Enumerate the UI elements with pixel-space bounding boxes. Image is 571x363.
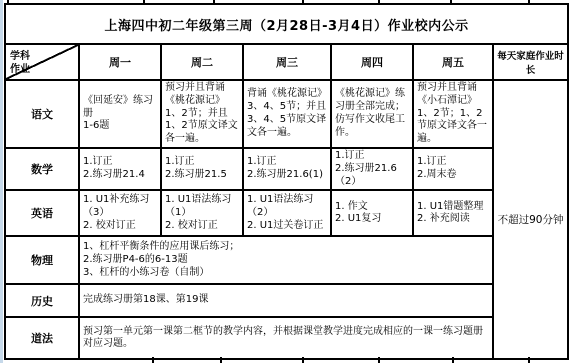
duration-header: 每天家庭作业时长	[493, 44, 568, 80]
day-header-thursday: 周四	[331, 44, 413, 80]
homework-cell: 《回延安》练习册 1-6题	[79, 80, 161, 148]
homework-cell: 1.订正 2.周末卷	[413, 148, 493, 190]
merged-homework-cell: 1、杠杆平衡条件的应用课后练习； 2.练习册P4-6的6-13题 3、杠杆的小练…	[79, 236, 493, 284]
merged-homework-cell: 预习第一单元第一课第二框节的教学内容，并根据课堂教学进度完成相应的一课一练习题册…	[79, 317, 493, 359]
homework-cell: 1. U1语法练习（2） 2. U1过关卷订正	[243, 190, 331, 236]
homework-cell: 背诵《桃花源记》3、4、5节；并且3、4、5节原文译文各一遍。	[243, 80, 331, 148]
page-title: 上海四中初二年级第三周（2月28日-3月4日）作业校内公示	[5, 4, 568, 44]
corner-label-homework: 作业	[10, 64, 30, 75]
left-margin-strip	[0, 0, 3, 363]
subject-cell-history: 历史	[5, 284, 79, 317]
homework-cell: 1.订正 2.练习册21.5	[161, 148, 243, 190]
duration-value: 不超过90分钟	[493, 80, 568, 359]
corner-subject-homework-cell: 学科 作业	[5, 44, 79, 80]
day-header-wednesday: 周三	[243, 44, 331, 80]
homework-cell: 1. U1语法练习 （1） 2. 校对订正	[161, 190, 243, 236]
subject-cell-english: 英语	[5, 190, 79, 236]
homework-cell: 1. U1补充练习 （3） 2. 校对订正	[79, 190, 161, 236]
subject-cell-daofa: 道法	[5, 317, 79, 359]
homework-cell: 1.订正 2.练习册21.6 （2）	[331, 148, 413, 190]
homework-cell: 预习并且背诵《小石潭记》1、2节；1、2节原文译文各一遍。	[413, 80, 493, 148]
homework-cell: 1.订正 2.练习册21.6(1)	[243, 148, 331, 190]
subject-cell-chinese: 语文	[5, 80, 79, 148]
homework-cell: 预习并且背诵《桃花源记》1、2节；并且1、2节原文译文各一遍。	[161, 80, 243, 148]
homework-cell: 1.订正 2.练习册21.4	[79, 148, 161, 190]
corner-label-subject: 学科	[10, 51, 30, 62]
day-header-monday: 周一	[79, 44, 161, 80]
day-header-tuesday: 周二	[161, 44, 243, 80]
homework-table: 上海四中初二年级第三周（2月28日-3月4日）作业校内公示 学科 作业 周一 周…	[4, 3, 569, 360]
subject-cell-math: 数学	[5, 148, 79, 190]
homework-cell: 1. U1错题整理 2. 补充阅读	[413, 190, 493, 236]
day-header-friday: 周五	[413, 44, 493, 80]
homework-cell: 《桃花源记》练习册全部完成；仿写作文收尾工作。	[331, 80, 413, 148]
merged-homework-cell: 完成练习册第18课、第19课	[79, 284, 493, 317]
subject-cell-physics: 物理	[5, 236, 79, 284]
homework-cell: 1. 作文 2. U1复习	[331, 190, 413, 236]
